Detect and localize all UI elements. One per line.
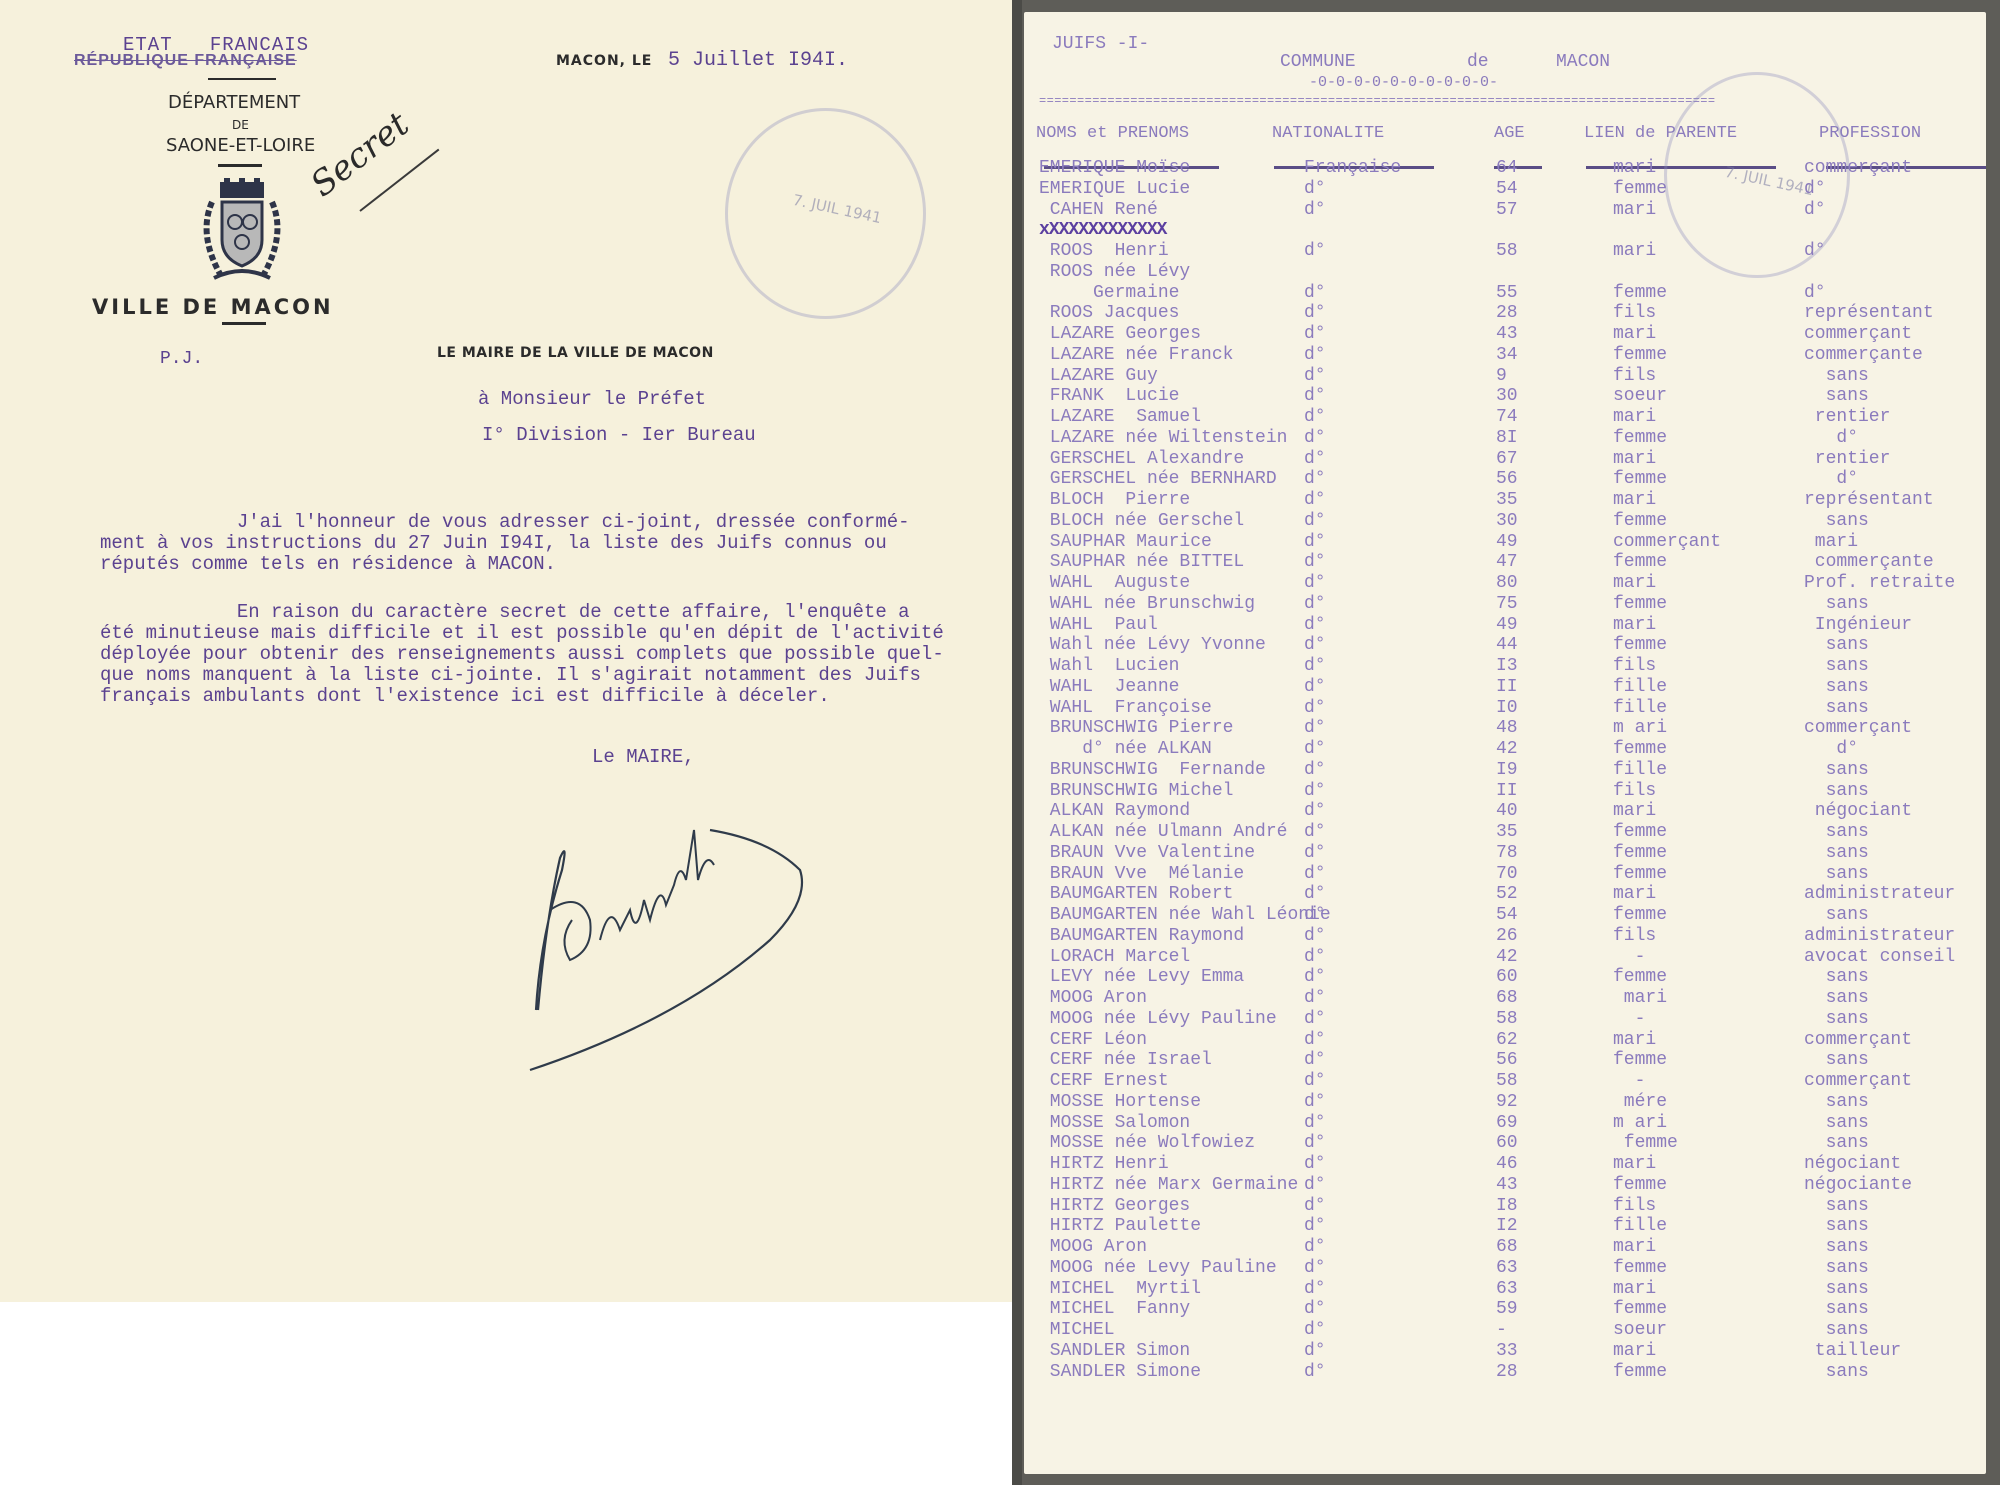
cell-name: Germaine (1039, 283, 1179, 303)
cell-name: FRANK Lucie (1039, 386, 1179, 406)
cell-profession: rentier (1804, 449, 1890, 469)
cell-age: 28 (1496, 1362, 1518, 1382)
table-row: ALKAN née Ulmann Andréd°35femme sans (1024, 822, 1986, 842)
cell-age: 68 (1496, 1237, 1518, 1257)
cell-nationality: d° (1304, 573, 1326, 593)
cell-age: 63 (1496, 1258, 1518, 1278)
cell-nationality: d° (1304, 1320, 1326, 1340)
cell-profession: sans (1804, 967, 1869, 987)
cell-relationship: mari (1613, 490, 1656, 510)
cell-name: LORACH Marcel (1039, 947, 1190, 967)
cell-name: SANDLER Simon (1039, 1341, 1190, 1361)
cell-profession: d° (1804, 179, 1826, 199)
cell-nationality: d° (1304, 241, 1326, 261)
cell-name: BAUMGARTEN Robert (1039, 884, 1233, 904)
cell-name: WAHL Paul (1039, 615, 1158, 635)
table-row: EMERIQUE MoïseFrançaise64maricommerçant (1024, 158, 1986, 178)
jewish-residents-list-page: JUIFS -I- COMMUNE de MACON -0-0-0-0-0-0-… (1024, 12, 1986, 1474)
cell-relationship: femme (1613, 635, 1667, 655)
table-row: MICHELd°-soeur sans (1024, 1320, 1986, 1340)
cell-profession: représentant (1804, 303, 1934, 323)
cell-profession: sans (1804, 594, 1869, 614)
cell-nationality: d° (1304, 1175, 1326, 1195)
table-row: WAHL Augusted°80mariProf. retraite (1024, 573, 1986, 593)
cell-profession: sans (1804, 1299, 1869, 1319)
cell-nationality: d° (1304, 552, 1326, 572)
cell-age: 69 (1496, 1113, 1518, 1133)
cell-age: 28 (1496, 303, 1518, 323)
cell-name: CERF Ernest (1039, 1071, 1169, 1091)
cell-name: WAHL née Brunschwig (1039, 594, 1255, 614)
secret-annotation: Secret (303, 104, 416, 205)
table-row: LAZARE Guyd°9fils sans (1024, 366, 1986, 386)
cell-age: 70 (1496, 864, 1518, 884)
cell-nationality: d° (1304, 822, 1326, 842)
cell-relationship: femme (1613, 511, 1667, 531)
letter-date: 5 Juillet I94I. (668, 49, 848, 72)
cell-profession: d° (1804, 469, 1858, 489)
cell-profession: d° (1804, 428, 1858, 448)
cell-nationality: d° (1304, 407, 1326, 427)
cell-name: BRUNSCHWIG Michel (1039, 781, 1233, 801)
cell-age: 43 (1496, 1175, 1518, 1195)
list-heading-commune: COMMUNE (1280, 52, 1356, 72)
cell-profession: sans (1804, 1133, 1869, 1153)
cell-nationality: d° (1304, 635, 1326, 655)
cell-profession: commerçante (1804, 552, 1934, 572)
cell-name: BRAUN Vve Mélanie (1039, 864, 1244, 884)
cell-age: 68 (1496, 988, 1518, 1008)
cell-nationality: d° (1304, 1341, 1326, 1361)
cell-name: ROOS née Lévy (1039, 262, 1190, 282)
cell-name: MICHEL Myrtil (1039, 1279, 1201, 1299)
cell-relationship: femme (1613, 283, 1667, 303)
column-header-name: NOMS et PRENOMS (1036, 124, 1189, 143)
cell-name: ALKAN née Ulmann André (1039, 822, 1287, 842)
table-row: Germained°55femmed° (1024, 283, 1986, 303)
cell-profession: sans (1804, 822, 1869, 842)
cell-age: I8 (1496, 1196, 1518, 1216)
cell-relationship: fils (1613, 303, 1656, 323)
cell-nationality: d° (1304, 698, 1326, 718)
cell-age: 54 (1496, 905, 1518, 925)
cell-relationship: mari (1613, 200, 1656, 220)
cell-profession: commerçante (1804, 345, 1923, 365)
table-row: HIRTZ née Marx Germained°43femmenégocian… (1024, 1175, 1986, 1195)
cell-nationality: d° (1304, 988, 1326, 1008)
letter-page: ETAT FRANCAIS RÉPUBLIQUE FRANÇAISE DÉPAR… (0, 0, 1012, 1302)
table-row: BAUMGARTEN Raymondd°26filsadministrateur (1024, 926, 1986, 946)
cell-nationality: d° (1304, 490, 1326, 510)
cell-relationship: fille (1613, 760, 1667, 780)
cell-age: 8I (1496, 428, 1518, 448)
cell-relationship: mari (1613, 241, 1656, 261)
cell-name: GERSCHEL née BERNHARD (1039, 469, 1277, 489)
cell-profession: sans (1804, 386, 1869, 406)
table-row: WAHL née Brunschwigd°75femme sans (1024, 594, 1986, 614)
cell-nationality: d° (1304, 303, 1326, 323)
cell-name: EMERIQUE Lucie (1039, 179, 1190, 199)
cell-nationality: d° (1304, 345, 1326, 365)
city-name-heading: VILLE DE MACON (92, 295, 334, 319)
cell-name: MICHEL Fanny (1039, 1299, 1190, 1319)
table-row: BRAUN Vve Mélanied°70femme sans (1024, 864, 1986, 884)
cell-age: 64 (1496, 158, 1518, 178)
table-row: BRUNSCHWIG Micheld°IIfils sans (1024, 781, 1986, 801)
cell-relationship: fils (1613, 366, 1656, 386)
cell-relationship: femme (1613, 864, 1667, 884)
cell-relationship: mari (1613, 449, 1656, 469)
cell-profession: Ingénieur (1804, 615, 1912, 635)
cell-name: CERF Léon (1039, 1030, 1147, 1050)
letterhead-rule (208, 78, 276, 80)
cell-relationship: mari (1613, 573, 1656, 593)
cell-nationality: d° (1304, 843, 1326, 863)
table-row: SAUPHAR Mauriced°49commerçant mari (1024, 532, 1986, 552)
cell-nationality: d° (1304, 283, 1326, 303)
cell-name: Wahl née Lévy Yvonne (1039, 635, 1266, 655)
list-corner-label: JUIFS -I- (1052, 34, 1149, 54)
cell-relationship: - (1613, 1071, 1645, 1091)
cell-name: LEVY née Levy Emma (1039, 967, 1244, 987)
cell-age: II (1496, 781, 1518, 801)
cell-name: MOOG Aron (1039, 988, 1147, 1008)
table-row: LORACH Marceld°42 -avocat conseil (1024, 947, 1986, 967)
cell-relationship: mari (1613, 1237, 1656, 1257)
cell-nationality: d° (1304, 656, 1326, 676)
cell-relationship: mari (1613, 615, 1656, 635)
cell-nationality: d° (1304, 864, 1326, 884)
cell-profession: sans (1804, 1196, 1869, 1216)
cell-name: CERF née Israel (1039, 1050, 1212, 1070)
cell-profession: commerçant (1804, 718, 1912, 738)
cell-nationality: d° (1304, 967, 1326, 987)
cell-name: BRAUN Vve Valentine (1039, 843, 1255, 863)
table-row: LAZARE Georgesd°43maricommerçant (1024, 324, 1986, 344)
table-row: LAZARE née Wiltensteind°8Ifemme d° (1024, 428, 1986, 448)
cell-name: LAZARE née Franck (1039, 345, 1233, 365)
cell-age: II (1496, 677, 1518, 697)
cell-name: MOSSE Hortense (1039, 1092, 1201, 1112)
cell-relationship: fille (1613, 698, 1667, 718)
cell-age: 35 (1496, 490, 1518, 510)
cell-profession: mari (1804, 532, 1858, 552)
cell-nationality: d° (1304, 905, 1326, 925)
cell-profession: négociant (1804, 801, 1912, 821)
cell-age: 26 (1496, 926, 1518, 946)
cell-profession: sans (1804, 635, 1869, 655)
cell-name: BLOCH née Gerschel (1039, 511, 1244, 531)
cell-nationality: d° (1304, 1196, 1326, 1216)
list-heading-de: de (1467, 52, 1489, 72)
cell-profession: administrateur (1804, 884, 1955, 904)
cell-age: 46 (1496, 1154, 1518, 1174)
table-row: xXXXXXXXXXXXX (1024, 220, 1986, 240)
table-row: MOSSE Hortensed°92 mére sans (1024, 1092, 1986, 1112)
cell-age: 48 (1496, 718, 1518, 738)
cell-profession: sans (1804, 677, 1869, 697)
cell-profession: d° (1804, 241, 1826, 261)
cell-age: 49 (1496, 532, 1518, 552)
cell-profession: sans (1804, 1320, 1869, 1340)
cell-age: 78 (1496, 843, 1518, 863)
table-row: FRANK Lucied°30soeur sans (1024, 386, 1986, 406)
department-name: SAONE-ET-LOIRE (166, 135, 315, 156)
table-row: SAUPHAR née BITTELd°47femme commerçante (1024, 552, 1986, 572)
cell-profession: avocat conseil (1804, 947, 1955, 967)
cell-nationality: d° (1304, 884, 1326, 904)
cell-name: BRUNSCHWIG Fernande (1039, 760, 1266, 780)
cell-name: WAHL Auguste (1039, 573, 1190, 593)
cell-profession: sans (1804, 1258, 1869, 1278)
cell-relationship: femme (1613, 1050, 1667, 1070)
cell-nationality: d° (1304, 449, 1326, 469)
cell-age: 63 (1496, 1279, 1518, 1299)
cell-nationality: d° (1304, 1216, 1326, 1236)
city-name: MACON (231, 295, 334, 319)
cell-age: 74 (1496, 407, 1518, 427)
cell-profession: sans (1804, 1050, 1869, 1070)
cell-relationship: femme (1613, 1362, 1667, 1382)
table-row: MOOG Arond°68 mari sans (1024, 988, 1986, 1008)
table-row: SANDLER Simond°33mari tailleur (1024, 1341, 1986, 1361)
cell-name: BAUMGARTEN née Wahl Léonie (1039, 905, 1331, 925)
cell-age: 9 (1496, 366, 1507, 386)
table-row: BRUNSCHWIG Pierred°48m aricommerçant (1024, 718, 1986, 738)
cell-age: 55 (1496, 283, 1518, 303)
cell-age: - (1496, 1320, 1507, 1340)
cell-nationality: d° (1304, 1299, 1326, 1319)
cell-relationship: femme (1613, 1299, 1667, 1319)
department-de: DE (232, 118, 249, 132)
cell-name: SAUPHAR Maurice (1039, 532, 1212, 552)
cell-profession: négociant (1804, 1154, 1901, 1174)
table-row: CAHEN Renéd°57marid° (1024, 200, 1986, 220)
cell-age: 47 (1496, 552, 1518, 572)
cell-relationship: fils (1613, 1196, 1656, 1216)
recipient-line-1: à Monsieur le Préfet (478, 388, 706, 410)
cell-name: HIRTZ Henri (1039, 1154, 1169, 1174)
letter-paragraph-1: J'ai l'honneur de vous adresser ci-joint… (100, 512, 910, 575)
cell-nationality: d° (1304, 677, 1326, 697)
table-row: GERSCHEL Alexandred°67mari rentier (1024, 449, 1986, 469)
cell-age: 80 (1496, 573, 1518, 593)
cell-relationship: femme (1613, 739, 1667, 759)
cell-nationality: d° (1304, 532, 1326, 552)
list-heading-city: MACON (1556, 52, 1610, 72)
cell-nationality: d° (1304, 469, 1326, 489)
table-row: MOSSE Salomond°69m ari sans (1024, 1113, 1986, 1133)
cell-name: ROOS Henri (1039, 241, 1169, 261)
cell-name: LAZARE Samuel (1039, 407, 1201, 427)
cell-name: WAHL Françoise (1039, 698, 1212, 718)
cell-name: EMERIQUE Moïse (1039, 158, 1190, 178)
cell-nationality: d° (1304, 1133, 1326, 1153)
cell-name: ROOS Jacques (1039, 303, 1179, 323)
table-row: CERF née Israeld°56femme sans (1024, 1050, 1986, 1070)
cell-profession: sans (1804, 1279, 1869, 1299)
cell-profession: d° (1804, 283, 1826, 303)
cell-name: xXXXXXXXXXXXX (1039, 220, 1166, 240)
cell-relationship: femme (1613, 469, 1667, 489)
cell-profession: sans (1804, 781, 1869, 801)
cell-nationality: d° (1304, 1362, 1326, 1382)
recipient-line-2: I° Division - Ier Bureau (482, 424, 756, 446)
table-row: ROOS née Lévy (1024, 262, 1986, 282)
cell-age: 60 (1496, 967, 1518, 987)
table-row: EMERIQUE Lucied°54femmed° (1024, 179, 1986, 199)
cell-age: 52 (1496, 884, 1518, 904)
cell-profession: sans (1804, 1362, 1869, 1382)
department-label: DÉPARTEMENT (168, 92, 300, 113)
cell-age: 59 (1496, 1299, 1518, 1319)
cell-age: 58 (1496, 241, 1518, 261)
letter-paragraph-2: En raison du caractère secret de cette a… (100, 602, 944, 707)
closing-signature-label: Le MAIRE, (592, 746, 695, 768)
cell-name: MOOG née Lévy Pauline (1039, 1009, 1277, 1029)
table-row: Wahl née Lévy Yvonned°44femme sans (1024, 635, 1986, 655)
cell-relationship: femme (1613, 1258, 1667, 1278)
table-row: ROOS Henrid°58marid° (1024, 241, 1986, 261)
cell-nationality: d° (1304, 324, 1326, 344)
cell-name: HIRTZ Georges (1039, 1196, 1190, 1216)
list-ornament: -0-0-0-0-0-0-0-0-0-0- (1309, 74, 1498, 91)
cell-name: Wahl Lucien (1039, 656, 1179, 676)
cell-nationality: d° (1304, 801, 1326, 821)
cell-name: BAUMGARTEN Raymond (1039, 926, 1244, 946)
cell-relationship: - (1613, 1009, 1645, 1029)
cell-profession: commerçant (1804, 1030, 1912, 1050)
cell-age: I2 (1496, 1216, 1518, 1236)
cell-profession: Prof. retraite (1804, 573, 1955, 593)
cell-name: MOOG Aron (1039, 1237, 1147, 1257)
cell-age: 42 (1496, 739, 1518, 759)
cell-nationality: d° (1304, 947, 1326, 967)
cell-profession: commerçant (1804, 1071, 1912, 1091)
cell-age: 58 (1496, 1071, 1518, 1091)
cell-relationship: femme (1613, 822, 1667, 842)
page-divider (1012, 0, 1022, 1485)
cell-age: 35 (1496, 822, 1518, 842)
city-prefix: VILLE DE (92, 295, 220, 319)
cell-name: SANDLER Simone (1039, 1362, 1201, 1382)
table-row: WAHL Jeanned°IIfille sans (1024, 677, 1986, 697)
cell-profession: représentant (1804, 490, 1934, 510)
cell-age: I9 (1496, 760, 1518, 780)
table-row: BAUMGARTEN Robertd°52mariadministrateur (1024, 884, 1986, 904)
cell-relationship: femme (1613, 179, 1667, 199)
cell-nationality: d° (1304, 1258, 1326, 1278)
cell-nationality: d° (1304, 511, 1326, 531)
cell-relationship: mari (1613, 884, 1656, 904)
cell-profession: négociante (1804, 1175, 1912, 1195)
cell-relationship: femme (1613, 552, 1667, 572)
table-row: MICHEL Myrtild°63mari sans (1024, 1279, 1986, 1299)
cell-name: CAHEN René (1039, 200, 1158, 220)
cell-nationality: d° (1304, 1154, 1326, 1174)
cell-nationality: d° (1304, 1279, 1326, 1299)
cell-relationship: m ari (1613, 718, 1667, 738)
table-row: ROOS Jacquesd°28filsreprésentant (1024, 303, 1986, 323)
cell-relationship: femme (1613, 967, 1667, 987)
table-row: MICHEL Fannyd°59femme sans (1024, 1299, 1986, 1319)
cell-relationship: fils (1613, 781, 1656, 801)
cell-name: GERSCHEL Alexandre (1039, 449, 1244, 469)
table-row: BLOCH Pierred°35marireprésentant (1024, 490, 1986, 510)
cell-profession: sans (1804, 698, 1869, 718)
cell-age: 30 (1496, 511, 1518, 531)
cell-relationship: mari (1613, 801, 1656, 821)
cell-profession: d° (1804, 739, 1858, 759)
cell-profession: commerçant (1804, 324, 1912, 344)
cell-name: LAZARE Guy (1039, 366, 1158, 386)
cell-profession: d° (1804, 200, 1826, 220)
cell-age: 56 (1496, 1050, 1518, 1070)
cell-profession: sans (1804, 1092, 1869, 1112)
table-row: LAZARE Samueld°74mari rentier (1024, 407, 1986, 427)
cell-name: MOSSE née Wolfowiez (1039, 1133, 1255, 1153)
cell-relationship: soeur (1613, 386, 1667, 406)
cell-name: HIRTZ Paulette (1039, 1216, 1201, 1236)
cell-nationality: d° (1304, 428, 1326, 448)
cell-nationality: d° (1304, 926, 1326, 946)
cell-relationship: femme (1613, 1175, 1667, 1195)
table-row: CERF Ernestd°58 -commerçant (1024, 1071, 1986, 1091)
cell-profession: tailleur (1804, 1341, 1901, 1361)
cell-age: 75 (1496, 594, 1518, 614)
table-row: CERF Léond°62maricommerçant (1024, 1030, 1986, 1050)
cell-profession: sans (1804, 864, 1869, 884)
cell-relationship: commerçant (1613, 532, 1721, 552)
cell-nationality: d° (1304, 739, 1326, 759)
cell-relationship: mari (1613, 1154, 1656, 1174)
cell-name: ALKAN Raymond (1039, 801, 1190, 821)
cell-age: 60 (1496, 1133, 1518, 1153)
cell-profession: sans (1804, 1237, 1869, 1257)
table-row: WAHL Françoised°I0fille sans (1024, 698, 1986, 718)
table-row: GERSCHEL née BERNHARDd°56femme d° (1024, 469, 1986, 489)
cell-relationship: fils (1613, 656, 1656, 676)
city-coat-of-arms-icon (194, 178, 290, 288)
cell-name: MOOG née Levy Pauline (1039, 1258, 1277, 1278)
cell-age: 44 (1496, 635, 1518, 655)
cell-age: 30 (1496, 386, 1518, 406)
cell-nationality: d° (1304, 718, 1326, 738)
table-row: MOOG Arond°68mari sans (1024, 1237, 1986, 1257)
table-row: WAHL Pauld°49mari Ingénieur (1024, 615, 1986, 635)
table-row: BAUMGARTEN née Wahl Léonied°54femme sans (1024, 905, 1986, 925)
cell-age: 62 (1496, 1030, 1518, 1050)
cell-name: HIRTZ née Marx Germaine (1039, 1175, 1298, 1195)
cell-nationality: d° (1304, 760, 1326, 780)
place-label: MACON, LE (556, 53, 652, 69)
attachment-label: P.J. (160, 349, 203, 369)
cell-nationality: d° (1304, 1050, 1326, 1070)
cell-age: 92 (1496, 1092, 1518, 1112)
cell-name: LAZARE Georges (1039, 324, 1201, 344)
cell-relationship: femme (1613, 843, 1667, 863)
cell-nationality: d° (1304, 594, 1326, 614)
cell-profession: sans (1804, 511, 1869, 531)
cell-age: 67 (1496, 449, 1518, 469)
cell-relationship: mari (1613, 407, 1656, 427)
cell-relationship: mari (1613, 1030, 1656, 1050)
cell-relationship: femme (1613, 428, 1667, 448)
cell-age: I0 (1496, 698, 1518, 718)
cell-nationality: d° (1304, 1071, 1326, 1091)
cell-age: 43 (1496, 324, 1518, 344)
cell-name: WAHL Jeanne (1039, 677, 1179, 697)
